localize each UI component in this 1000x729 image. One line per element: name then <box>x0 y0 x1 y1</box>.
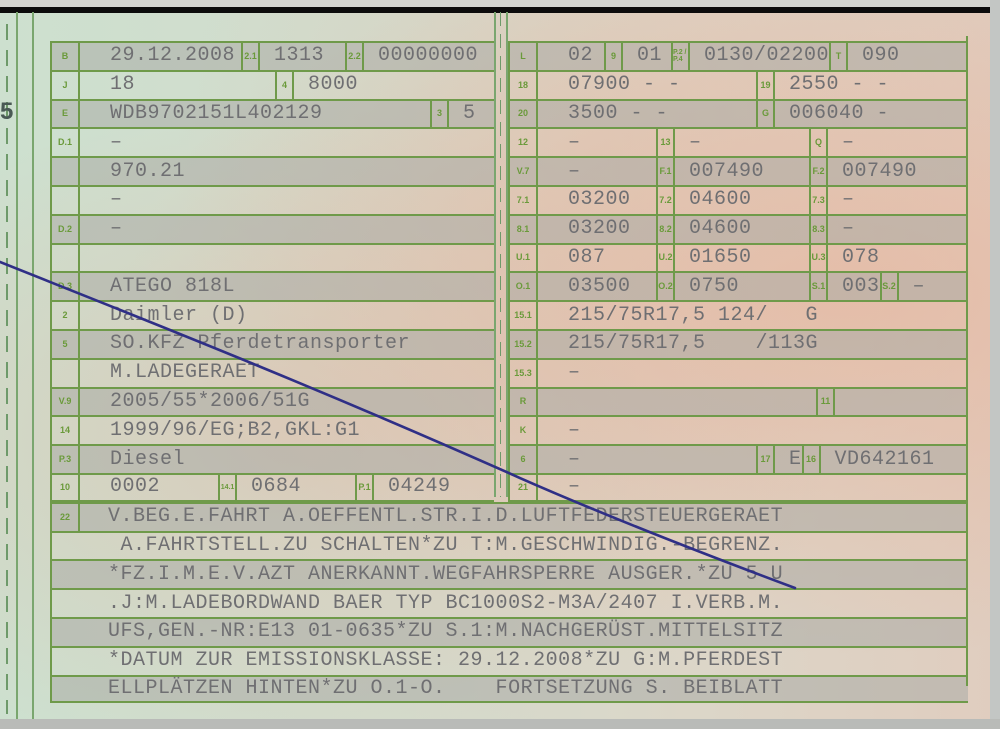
field-value: 087 <box>538 248 606 268</box>
field-label: 15.2 <box>510 331 538 358</box>
field-row: 10000214.10684P.104249 <box>50 473 494 502</box>
field-label: 14 <box>52 417 80 444</box>
subfield-value: VD642161 <box>821 450 935 470</box>
subfield-label: 2.1 <box>243 43 260 70</box>
subfield-label: 7.3 <box>811 187 828 214</box>
subfield-label-cell: 11 <box>818 389 835 416</box>
subfield-value-cell <box>835 389 968 416</box>
field-label: V.7 <box>510 158 538 185</box>
field-value-cell: 29.12.2008 <box>80 43 243 70</box>
subfield-label: U.2 <box>658 245 675 272</box>
field-label: 21 <box>510 475 538 500</box>
field-label-cell: 20 <box>508 101 538 128</box>
remark-line-cell: ELLPLÄTZEN HINTEN*ZU O.1-O. FORTSETZUNG … <box>80 677 968 702</box>
field-value-cell <box>538 389 818 416</box>
field-row: D.1– <box>50 127 494 156</box>
subfield-value-cell: 006040 - <box>775 101 968 128</box>
subfield-label: P.1 <box>357 475 374 500</box>
subfield-value: 003 <box>828 277 880 297</box>
subfield-label: 4 <box>277 72 294 99</box>
subfield-label: S.1 <box>811 273 828 300</box>
subfield-label-cell: O.2 <box>658 273 675 300</box>
field-value: – <box>80 219 123 239</box>
field-value-cell: – <box>538 360 968 387</box>
subfield-label: 17 <box>758 446 775 473</box>
field-label: 8.1 <box>510 216 538 243</box>
subfield-value-cell: 04600 <box>675 187 811 214</box>
field-value-cell: – <box>538 158 658 185</box>
subfield-label: 8.2 <box>658 216 675 243</box>
remark-line-cell: *FZ.I.M.E.V.AZT ANERKANNT.WEGFAHRSPERRE … <box>80 561 968 588</box>
field-row: J1848000 <box>50 70 494 99</box>
field-label: K <box>510 417 538 444</box>
subfield-value-cell: E <box>775 446 804 473</box>
field-value-cell: WDB9702151L402129 <box>80 101 432 128</box>
subfield-value-cell: VD642161 <box>821 446 968 473</box>
subfield-value-cell: 0750 <box>675 273 811 300</box>
subfield-label-cell: 7.2 <box>658 187 675 214</box>
field-value: 215/75R17,5 124/ G <box>538 306 818 326</box>
field-row: 15.2215/75R17,5 /113G <box>508 329 968 358</box>
subfield-label-cell: F.2 <box>811 158 828 185</box>
subfield-value-cell: – <box>675 129 811 156</box>
field-value-cell: 03200 <box>538 216 658 243</box>
field-value: – <box>538 421 581 441</box>
subfield-value-cell: 003 <box>828 273 882 300</box>
field-value-cell: 3500 - - <box>538 101 758 128</box>
field-label-cell: 6 <box>508 446 538 473</box>
subfield-value: 007490 <box>675 162 764 182</box>
field-value: 2005/55*2006/51G <box>80 392 310 412</box>
field-value: – <box>538 363 581 383</box>
field-row: U.1087U.201650U.3078 <box>508 243 968 272</box>
field-row: 970.21 <box>50 156 494 185</box>
field-label: O.1 <box>510 273 538 300</box>
field-label-cell: J <box>50 72 80 99</box>
field-label <box>52 158 80 185</box>
field-label <box>52 360 80 387</box>
field-row: D.3ATEGO 818L <box>50 271 494 300</box>
subfield-value: 078 <box>828 248 880 268</box>
subfield-label: T <box>831 43 848 70</box>
field-label: 20 <box>510 101 538 128</box>
field-value-cell: 07900 - - <box>538 72 758 99</box>
remark-row: ELLPLÄTZEN HINTEN*ZU O.1-O. FORTSETZUNG … <box>50 675 968 704</box>
subfield-value: 1313 <box>260 46 324 66</box>
subfield-label-cell: 8.3 <box>811 216 828 243</box>
subfield-label-cell: 13 <box>658 129 675 156</box>
field-label <box>52 590 80 617</box>
field-value: ATEGO 818L <box>80 277 235 297</box>
subfield-label-cell: P.2 / P.4 <box>673 43 690 70</box>
field-row: 15.1215/75R17,5 124/ G <box>508 300 968 329</box>
field-label-cell <box>50 360 80 387</box>
field-value-cell: 03500 <box>538 273 658 300</box>
field-value: – <box>538 477 581 497</box>
field-label-cell: 7.1 <box>508 187 538 214</box>
field-label-cell: 2 <box>50 302 80 329</box>
field-value-cell: 18 <box>80 72 277 99</box>
field-label-cell <box>50 677 80 702</box>
binding-line <box>16 12 18 719</box>
subfield-label-cell: T <box>831 43 848 70</box>
field-label-cell: V.9 <box>50 389 80 416</box>
field-label-cell: E <box>50 101 80 128</box>
subfield-label: F.2 <box>811 158 828 185</box>
field-label: 15.3 <box>510 360 538 387</box>
field-label <box>52 561 80 588</box>
field-label-cell: P.3 <box>50 446 80 473</box>
field-label-cell: 10 <box>50 475 80 500</box>
field-value-cell: ATEGO 818L <box>80 273 494 300</box>
subfield-value-cell: – <box>828 187 968 214</box>
subfield-value-cell: 2550 - - <box>775 72 968 99</box>
field-value: 3500 - - <box>538 104 668 124</box>
remark-row: *DATUM ZUR EMISSIONSKLASSE: 29.12.2008*Z… <box>50 646 968 675</box>
subfield-label: 19 <box>758 72 775 99</box>
field-label <box>52 648 80 675</box>
remark-line-cell: V.BEG.E.FAHRT A.OEFFENTL.STR.I.D.LUFTFED… <box>80 504 968 531</box>
field-label: B <box>52 43 80 70</box>
remark-row: *FZ.I.M.E.V.AZT ANERKANNT.WEGFAHRSPERRE … <box>50 559 968 588</box>
field-value-cell: 215/75R17,5 /113G <box>538 331 968 358</box>
subfield-value-cell: 8000 <box>294 72 494 99</box>
subfield-value-cell: – <box>828 216 968 243</box>
remark-line: .J:M.LADEBORDWAND BAER TYP BC1000S2-M3A/… <box>80 594 783 614</box>
field-row: K– <box>508 415 968 444</box>
field-value: – <box>538 133 581 153</box>
subfield-value-cell: – <box>828 129 968 156</box>
subfield-label-cell: P.1 <box>357 475 374 500</box>
remark-line: *DATUM ZUR EMISSIONSKLASSE: 29.12.2008*Z… <box>80 651 783 671</box>
field-value: 0002 <box>80 477 160 497</box>
field-label-cell <box>50 187 80 214</box>
subfield-label: 8.3 <box>811 216 828 243</box>
subfield-value: 01 <box>623 46 662 66</box>
subfield-value: – <box>675 133 702 153</box>
field-label: 5 <box>52 331 80 358</box>
subfield-value: 0130/02200 <box>690 46 829 66</box>
subfield-label: 9 <box>606 43 623 70</box>
field-value-cell: – <box>80 129 494 156</box>
field-value: 18 <box>80 75 135 95</box>
field-label-cell <box>50 245 80 272</box>
field-row: 12–13–Q– <box>508 127 968 156</box>
subfield-value-cell: 007490 <box>675 158 811 185</box>
subfield-label-cell: 8.2 <box>658 216 675 243</box>
subfield-label-cell: 2.1 <box>243 43 260 70</box>
field-label-cell <box>50 590 80 617</box>
subfield-value: – <box>828 219 855 239</box>
field-value: – <box>538 450 581 470</box>
field-row: 1807900 - -192550 - - <box>508 70 968 99</box>
field-label: 7.1 <box>510 187 538 214</box>
field-row: R11 <box>508 387 968 416</box>
field-value-cell: Diesel <box>80 446 494 473</box>
field-value-cell: 087 <box>538 245 658 272</box>
field-row: B29.12.20082.113132.200000000 <box>50 41 494 70</box>
field-label: 18 <box>510 72 538 99</box>
field-label-cell: O.1 <box>508 273 538 300</box>
binding-line <box>32 12 34 719</box>
subfield-value-cell: – <box>899 273 968 300</box>
subfield-value: 8000 <box>294 75 358 95</box>
field-value: – <box>80 190 123 210</box>
subfield-value: 00000000 <box>364 46 478 66</box>
remark-line: *FZ.I.M.E.V.AZT ANERKANNT.WEGFAHRSPERRE … <box>80 565 783 585</box>
field-value-cell: – <box>80 187 494 214</box>
subfield-value-cell: 01650 <box>675 245 811 272</box>
field-label: 22 <box>52 504 80 531</box>
field-row: 21– <box>508 473 968 502</box>
subfield-value: – <box>828 190 855 210</box>
side-mark: 5 <box>0 98 13 126</box>
field-row: 141999/96/EG;B2,GKL:G1 <box>50 415 494 444</box>
field-label-cell: D.3 <box>50 273 80 300</box>
subfield-value: 006040 - <box>775 104 889 124</box>
subfield-label: Q <box>811 129 828 156</box>
field-label: 12 <box>510 129 538 156</box>
field-row: 2Daimler (D) <box>50 300 494 329</box>
grid-right-border <box>966 36 968 686</box>
field-value: SO.KFZ Pferdetransporter <box>80 334 410 354</box>
field-value: 03200 <box>538 219 631 239</box>
subfield-value: 0750 <box>675 277 739 297</box>
field-label <box>52 533 80 560</box>
subfield-value-cell: 007490 <box>828 158 968 185</box>
subfield-value-cell: 0130/02200 <box>690 43 831 70</box>
remark-line-cell: .J:M.LADEBORDWAND BAER TYP BC1000S2-M3A/… <box>80 590 968 617</box>
field-label: P.3 <box>52 446 80 473</box>
subfield-value: 007490 <box>828 162 917 182</box>
field-value: 215/75R17,5 /113G <box>538 334 818 354</box>
subfield-value: – <box>899 277 926 297</box>
field-label-cell: 21 <box>508 475 538 500</box>
field-row: 203500 - -G006040 - <box>508 99 968 128</box>
field-label-cell: V.7 <box>508 158 538 185</box>
subfield-label: U.3 <box>811 245 828 272</box>
subfield-value-cell: 00000000 <box>364 43 494 70</box>
field-value: – <box>80 133 123 153</box>
field-value: 29.12.2008 <box>80 46 235 66</box>
field-label: J <box>52 72 80 99</box>
subfield-label-cell: 16 <box>804 446 821 473</box>
field-value-cell: 970.21 <box>80 158 494 185</box>
subfield-label: S.2 <box>882 273 899 300</box>
field-label: 6 <box>510 446 538 473</box>
field-label-cell: 15.2 <box>508 331 538 358</box>
field-row: – <box>50 185 494 214</box>
field-label-cell: 15.1 <box>508 302 538 329</box>
field-label: V.9 <box>52 389 80 416</box>
subfield-value: 04600 <box>675 190 752 210</box>
subfield-value-cell: 04249 <box>374 475 494 500</box>
scanned-document: 5 B29.12.20082.113132.200000000J1848000E… <box>0 0 1000 729</box>
subfield-value-cell: 078 <box>828 245 968 272</box>
field-value-cell: 0002 <box>80 475 220 500</box>
subfield-value-cell: 04600 <box>675 216 811 243</box>
field-value-cell: – <box>80 216 494 243</box>
subfield-value: 04600 <box>675 219 752 239</box>
field-row: M.LADEGERAET <box>50 358 494 387</box>
field-value-cell: 03200 <box>538 187 658 214</box>
remark-line-cell: *DATUM ZUR EMISSIONSKLASSE: 29.12.2008*Z… <box>80 648 968 675</box>
field-label: 10 <box>52 475 80 500</box>
field-label: 2 <box>52 302 80 329</box>
subfield-label-cell: Q <box>811 129 828 156</box>
subfield-label-cell: U.3 <box>811 245 828 272</box>
field-value-cell: 215/75R17,5 124/ G <box>538 302 968 329</box>
field-label-cell <box>50 533 80 560</box>
field-label <box>52 677 80 702</box>
field-row: 8.1032008.2046008.3– <box>508 214 968 243</box>
subfield-label-cell: 9 <box>606 43 623 70</box>
subfield-value: 5 <box>449 104 476 124</box>
field-row: O.103500O.20750S.1003S.2– <box>508 271 968 300</box>
remark-row: UFS,GEN.-NR:E13 01-0635*ZU S.1:M.NACHGER… <box>50 617 968 646</box>
field-label-cell: 12 <box>508 129 538 156</box>
remark-row: A.FAHRTSTELL.ZU SCHALTEN*ZU T:M.GESCHWIN… <box>50 531 968 560</box>
field-row: V.92005/55*2006/51G <box>50 387 494 416</box>
field-label <box>52 245 80 272</box>
remark-row: 22V.BEG.E.FAHRT A.OEFFENTL.STR.I.D.LUFTF… <box>50 502 968 531</box>
remark-line: V.BEG.E.FAHRT A.OEFFENTL.STR.I.D.LUFTFED… <box>80 507 783 527</box>
remark-row: .J:M.LADEBORDWAND BAER TYP BC1000S2-M3A/… <box>50 588 968 617</box>
field-label-cell: 15.3 <box>508 360 538 387</box>
field-value: 07900 - - <box>538 75 681 95</box>
field-value-cell <box>80 245 494 272</box>
field-value-cell: – <box>538 129 658 156</box>
field-label-cell: 14 <box>50 417 80 444</box>
field-row: 15.3– <box>508 358 968 387</box>
field-label-cell: B <box>50 43 80 70</box>
field-label-cell: D.1 <box>50 129 80 156</box>
field-row: 5SO.KFZ Pferdetransporter <box>50 329 494 358</box>
subfield-value-cell: 5 <box>449 101 494 128</box>
subfield-label: O.2 <box>658 273 675 300</box>
subfield-label-cell: F.1 <box>658 158 675 185</box>
subfield-value: 2550 - - <box>775 75 889 95</box>
subfield-label: 3 <box>432 101 449 128</box>
subfield-label-cell: 17 <box>758 446 775 473</box>
field-label <box>52 187 80 214</box>
field-label-cell <box>50 561 80 588</box>
field-label: R <box>510 389 538 416</box>
subfield-label-cell: 3 <box>432 101 449 128</box>
field-label: D.3 <box>52 273 80 300</box>
field-value: 970.21 <box>80 162 185 182</box>
field-label-cell <box>50 619 80 646</box>
remark-line: A.FAHRTSTELL.ZU SCHALTEN*ZU T:M.GESCHWIN… <box>80 536 783 556</box>
subfield-label: P.2 / P.4 <box>673 43 690 70</box>
subfield-label-cell: S.2 <box>882 273 899 300</box>
subfield-label: 7.2 <box>658 187 675 214</box>
field-label-cell: 8.1 <box>508 216 538 243</box>
field-label: D.1 <box>52 129 80 156</box>
field-label-cell: 18 <box>508 72 538 99</box>
subfield-label: G <box>758 101 775 128</box>
field-row: L02901P.2 / P.40130/02200T090 <box>508 41 968 70</box>
field-value-cell: 2005/55*2006/51G <box>80 389 494 416</box>
field-value-cell: 1999/96/EG;B2,GKL:G1 <box>80 417 494 444</box>
field-row: D.2– <box>50 214 494 243</box>
field-value-cell: SO.KFZ Pferdetransporter <box>80 331 494 358</box>
field-value: Diesel <box>80 450 185 470</box>
subfield-label-cell: 14.1 <box>220 475 237 500</box>
subfield-label-cell: S.1 <box>811 273 828 300</box>
subfield-label-cell: U.2 <box>658 245 675 272</box>
field-label: 15.1 <box>510 302 538 329</box>
field-value: 02 <box>538 46 593 66</box>
field-label-cell: D.2 <box>50 216 80 243</box>
subfield-value: 04249 <box>374 477 451 497</box>
field-value-cell: Daimler (D) <box>80 302 494 329</box>
field-value: Daimler (D) <box>80 306 248 326</box>
subfield-label: 13 <box>658 129 675 156</box>
subfield-label: 2.2 <box>347 43 364 70</box>
subfield-value: 0684 <box>237 477 301 497</box>
field-value-cell: – <box>538 446 758 473</box>
fold-line <box>494 12 496 497</box>
subfield-label-cell: G <box>758 101 775 128</box>
field-label-cell <box>50 648 80 675</box>
subfield-label: 16 <box>804 446 821 473</box>
subfield-value: E <box>775 450 802 470</box>
field-value-cell: 02 <box>538 43 606 70</box>
field-label: D.2 <box>52 216 80 243</box>
field-value-cell: – <box>538 417 968 444</box>
field-value: 1999/96/EG;B2,GKL:G1 <box>80 421 360 441</box>
subfield-label: 11 <box>818 389 835 416</box>
center-fold <box>494 12 508 497</box>
field-label-cell: L <box>508 43 538 70</box>
field-row: EWDB9702151L40212935 <box>50 99 494 128</box>
subfield-label-cell: 2.2 <box>347 43 364 70</box>
field-label: E <box>52 101 80 128</box>
subfield-value: – <box>828 133 855 153</box>
subfield-value-cell: 090 <box>848 43 968 70</box>
field-row: P.3Diesel <box>50 444 494 473</box>
field-row <box>50 243 494 272</box>
field-value: M.LADEGERAET <box>80 363 260 383</box>
field-value: WDB9702151L402129 <box>80 104 323 124</box>
subfield-value: 090 <box>848 46 900 66</box>
field-label-cell: 5 <box>50 331 80 358</box>
remark-line: UFS,GEN.-NR:E13 01-0635*ZU S.1:M.NACHGER… <box>80 622 783 642</box>
field-label-cell: 22 <box>50 504 80 531</box>
subfield-label-cell: 7.3 <box>811 187 828 214</box>
field-value: 03500 <box>538 277 631 297</box>
field-label <box>52 619 80 646</box>
subfield-label: F.1 <box>658 158 675 185</box>
field-value: 03200 <box>538 190 631 210</box>
field-value: – <box>538 162 581 182</box>
field-label: U.1 <box>510 245 538 272</box>
remark-line-cell: UFS,GEN.-NR:E13 01-0635*ZU S.1:M.NACHGER… <box>80 619 968 646</box>
field-label: L <box>510 43 538 70</box>
subfield-label: 14.1 <box>220 475 237 500</box>
field-label-cell: U.1 <box>508 245 538 272</box>
perforation-line <box>500 12 501 497</box>
field-value-cell: – <box>538 475 968 500</box>
field-row: V.7–F.1007490F.2007490 <box>508 156 968 185</box>
subfield-value-cell: 0684 <box>237 475 357 500</box>
field-label-cell <box>50 158 80 185</box>
remark-line: ELLPLÄTZEN HINTEN*ZU O.1-O. FORTSETZUNG … <box>80 679 783 699</box>
field-row: 6–17E16VD642161 <box>508 444 968 473</box>
subfield-value: 01650 <box>675 248 752 268</box>
subfield-label-cell: 19 <box>758 72 775 99</box>
